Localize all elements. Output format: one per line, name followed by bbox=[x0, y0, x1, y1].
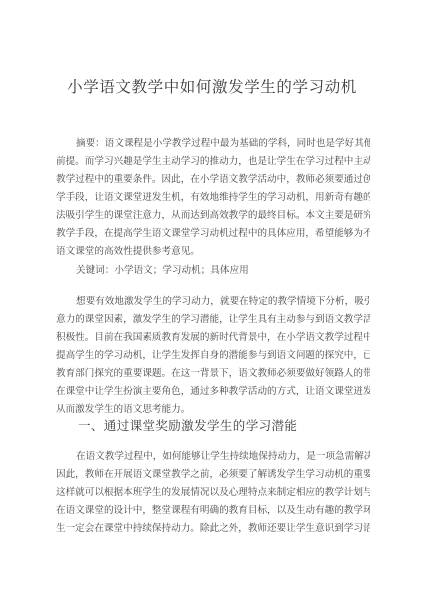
keywords-paragraph: 关键词：小学语文；学习动机；具体应用 bbox=[56, 262, 370, 280]
abstract-line: 教学手段，在提高学生语文课堂学习动机过程中的具体应用，希望能够为不断加强 bbox=[56, 225, 370, 243]
intro-line: 在课堂中让学生扮演主要角色，通过多种教学活动的方式，让语文课堂迸发升级， bbox=[56, 383, 370, 401]
section1-line: 因此，教师在开展语文课堂教学之前，必须要了解诱发学生学习动机的重要因素， bbox=[56, 466, 370, 484]
section1-line: 这样就可以根据本班学生的发展情况以及心理特点来制定相应的教学计划与目标。 bbox=[56, 484, 370, 502]
intro-line: 教育部门探究的重要课题。在这一背景下，语文教师必须要做好领路人的带头作用， bbox=[56, 365, 370, 383]
abstract-line: 教学过程中的重要条件。因此，在小学语文教学活动中，教师必须要通过创新的教 bbox=[56, 171, 370, 189]
document-page: 小学语文教学中如何激发学生的学习动机 摘要：语文课程是小学教学过程中最为基础的学… bbox=[0, 0, 424, 600]
intro-paragraph: 想要有效地激发学生的学习动力，就要在特定的教学情境下分析，吸引学生注 意力的课堂… bbox=[56, 293, 370, 419]
abstract-line: 前提。而学习兴趣是学生主动学习的推动力，也是让学生在学习过程中主动参与到 bbox=[56, 153, 370, 171]
intro-line: 意力的课堂因素，激发学生的学习潜能，让学生具有主动参与到语文教学活动中的 bbox=[56, 311, 370, 329]
keywords-line: 关键词：小学语文；学习动机；具体应用 bbox=[56, 262, 370, 280]
abstract-line: 法吸引学生的课堂注意力，从而达到高效教学的最终目标。本文主要是研究了多种 bbox=[56, 207, 370, 225]
section-heading: 一、通过课堂奖励激发学生的学习潜能 bbox=[78, 416, 297, 434]
intro-line: 积极性。目前在我国素质教育发展的新时代背景中，在小学语文教学过程中，如何 bbox=[56, 329, 370, 347]
section1-line: 在语文教学过程中，如何能够让学生持续地保持动力，是一项急需解决的问题。 bbox=[56, 448, 370, 466]
intro-line: 想要有效地激发学生的学习动力，就要在特定的教学情境下分析，吸引学生注 bbox=[56, 293, 370, 311]
intro-line: 提高学生的学习动机，让学生发挥自身的潜能参与到语文问题的探究中，已经成为 bbox=[56, 347, 370, 365]
abstract-paragraph: 摘要：语文课程是小学教学过程中最为基础的学科，同时也是学好其他学科的 前提。而学… bbox=[56, 135, 370, 261]
abstract-line: 语文课堂的高效性提供参考意见。 bbox=[56, 243, 370, 261]
document-title: 小学语文教学中如何激发学生的学习动机 bbox=[0, 75, 424, 97]
section1-paragraph: 在语文教学过程中，如何能够让学生持续地保持动力，是一项急需解决的问题。 因此，教… bbox=[56, 448, 370, 538]
abstract-line: 摘要：语文课程是小学教学过程中最为基础的学科，同时也是学好其他学科的 bbox=[56, 135, 370, 153]
section1-line: 生一定会在课堂中持续保持动力。除此之外，教师还要让学生意识到学习语文知识， bbox=[56, 520, 370, 538]
abstract-line: 学手段，让语文课堂迸发生机，有效地维持学生的学习动机，用新奇有趣的教学方 bbox=[56, 189, 370, 207]
section1-line: 在语文课堂的设计中，整堂课程有明确的教育目标，以及生动有趣的教学环节，学 bbox=[56, 502, 370, 520]
